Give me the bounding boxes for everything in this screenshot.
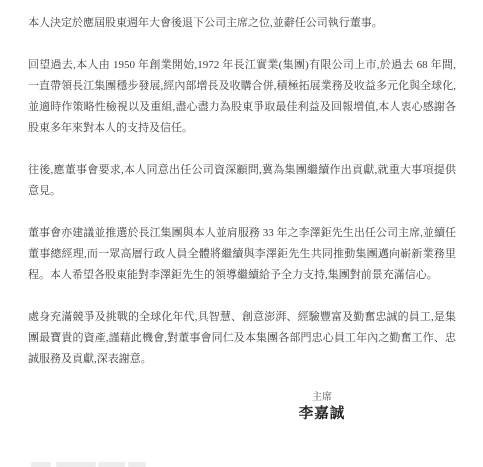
statement-paragraph-4: 董事會亦建議並推選於長江集團與本人並肩服務 33 年之李澤鉅先生出任公司主席,並… bbox=[28, 223, 456, 286]
cropped-text-segment bbox=[31, 462, 51, 467]
signature-block: 主席 李嘉誠 bbox=[292, 391, 352, 423]
cropped-bottom-text-remnant bbox=[0, 460, 483, 467]
statement-paragraph-2: 回望過去,本人由 1950 年創業開始,1972 年長江實業(集團)有限公司上市… bbox=[28, 55, 456, 139]
signature-title: 主席 bbox=[292, 391, 352, 404]
statement-body: 本人決定於應屆股東週年大會後退下公司主席之位,並辭任公司執行董事。 回望過去,本… bbox=[28, 13, 456, 423]
signature-name: 李嘉誠 bbox=[292, 406, 352, 423]
cropped-text-segment bbox=[98, 462, 125, 467]
cropped-text-segment bbox=[56, 462, 96, 467]
statement-paragraph-1: 本人決定於應屆股東週年大會後退下公司主席之位,並辭任公司執行董事。 bbox=[28, 13, 456, 34]
statement-document: 本人決定於應屆股東週年大會後退下公司主席之位,並辭任公司執行董事。 回望過去,本… bbox=[0, 0, 483, 467]
statement-paragraph-5: 處身充滿競爭及挑戰的全球化年代,具智慧、創意澎湃、經驗豐富及勤奮忠誠的員工,是集… bbox=[28, 307, 456, 370]
cropped-text-segment bbox=[128, 462, 146, 467]
statement-paragraph-3: 往後,應董事會要求,本人同意出任公司資深顧問,冀為集團繼續作出貢獻,就重大事項提… bbox=[28, 160, 456, 202]
